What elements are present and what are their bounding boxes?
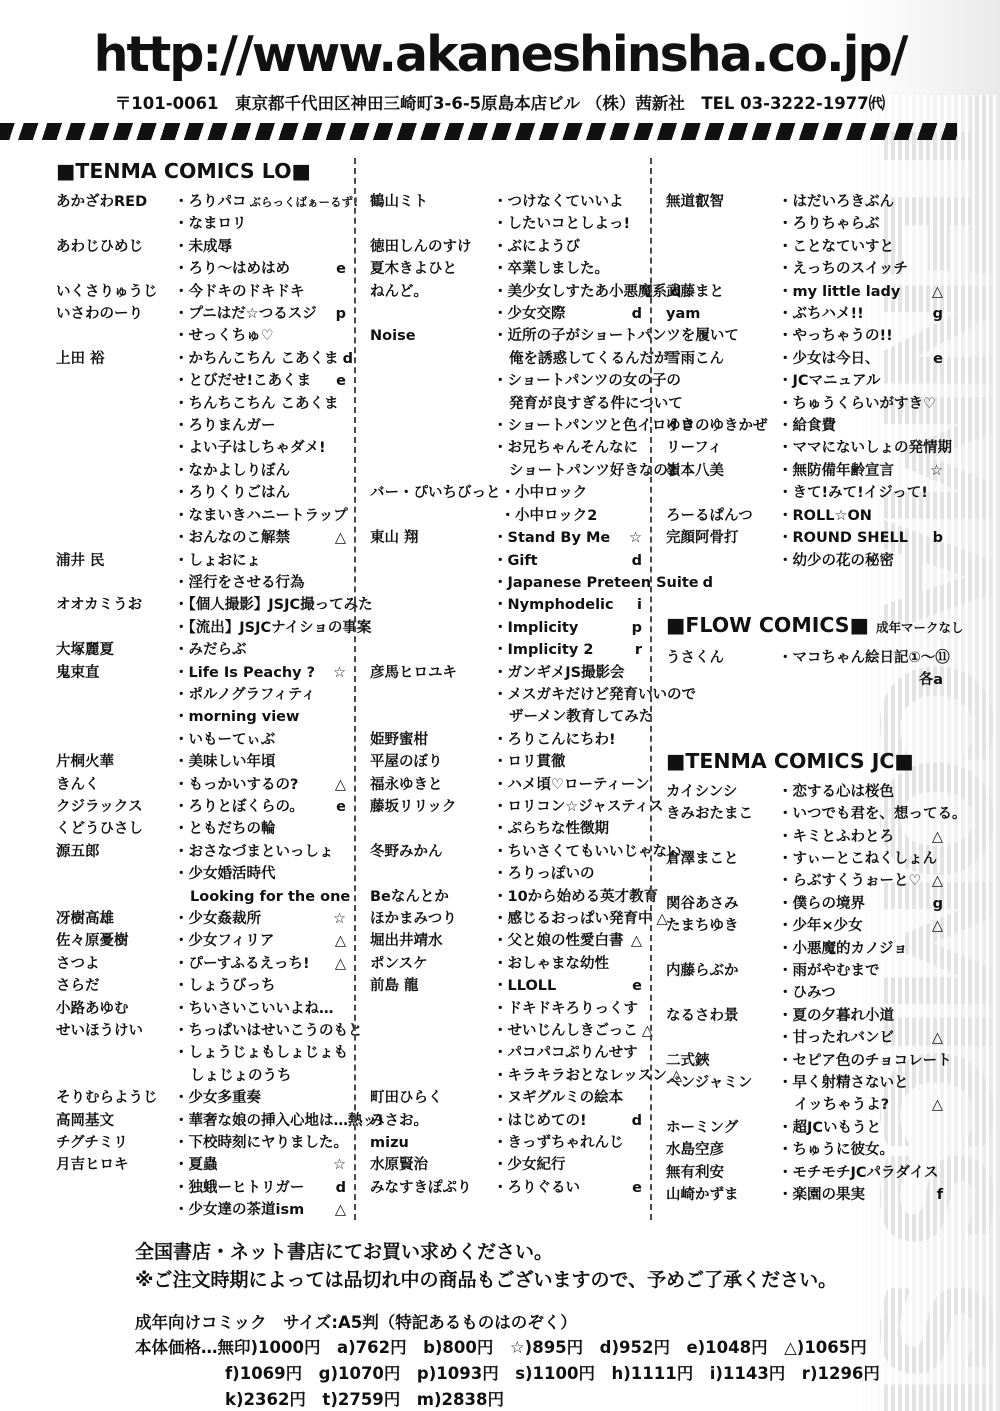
entry-works: ・超JCいもうと bbox=[778, 1117, 951, 1139]
work-line: ・メスガキだけど発育いいので bbox=[493, 684, 642, 706]
work-title: ・少女達の茶道ism bbox=[174, 1199, 304, 1221]
work-line: ・LLOLLe bbox=[493, 975, 642, 997]
work-title: ・すぃーとこねくしょん bbox=[778, 848, 937, 870]
catalog-entry: クジラックス・ろりとぼくらの。e bbox=[56, 796, 354, 818]
entry-author: ねんど。 bbox=[370, 281, 493, 303]
entry-works: ・少女は今日、e・JCマニュアル・ちゅうくらいがすき♡ bbox=[778, 348, 951, 415]
entry-author: ほかまみつり bbox=[370, 908, 493, 930]
entry-works: ・いつでも君を、想ってる。・キミとふわとろ△ bbox=[778, 803, 951, 848]
catalog-entry: 夏木きよひと・卒業しました。 bbox=[370, 258, 650, 280]
work-title: ・淫行をさせる行為 bbox=[174, 572, 305, 594]
catalog-column: 無道叡智・はだいろきぶん・ろりちゃらぶ・ことなていすと・えっちのスイッチ武藤まと… bbox=[654, 158, 951, 1220]
catalog-entry: せいほうけい・ちっぱいはせいこうのもと・しょうじょもしょじょもしょじょのうち bbox=[56, 1020, 354, 1087]
price-mark: e bbox=[628, 1177, 642, 1199]
entry-works: ・ROLL☆ON bbox=[778, 505, 951, 527]
entry-author: あわじひめじ bbox=[56, 236, 174, 258]
work-title: ・小中ロック2 bbox=[501, 505, 598, 527]
work-line: ・ことなていすと bbox=[778, 236, 943, 258]
entry-author: 鶴山ミト bbox=[370, 191, 493, 213]
work-line: ・楽園の果実f bbox=[778, 1184, 943, 1206]
work-line: ・みだらぶ bbox=[174, 639, 346, 661]
work-title: ・小悪魔的カノジョ bbox=[778, 938, 908, 960]
catalog-entry: 大塚麗夏・みだらぶ bbox=[56, 639, 354, 661]
entry-author: バー・ぴいちびっと bbox=[370, 482, 501, 504]
price-mark: ☆ bbox=[625, 527, 642, 549]
catalog-entry: さらだ・しょうびっち bbox=[56, 975, 354, 997]
entry-works: ・ろりパコぶらっくばぁーるず!・なまロリ bbox=[174, 191, 354, 236]
work-title: ・しょうびっち bbox=[174, 975, 276, 997]
catalog-entry: 武藤まと・my little lady△ bbox=[666, 281, 951, 303]
work-line: ・なかよしりぼん bbox=[174, 460, 346, 482]
entry-author: 片桐火華 bbox=[56, 751, 174, 773]
work-line: ・Stand By Me☆ bbox=[493, 527, 642, 549]
work-line-cont: ザーメン教育してみた bbox=[493, 706, 642, 728]
price-mark: b bbox=[929, 527, 943, 549]
work-line: ・Implicity 2r bbox=[493, 639, 642, 661]
work-line: ・無防備年齢宣言☆ bbox=[778, 460, 943, 482]
entry-works: ・未成辱・ろり〜はめはめe bbox=[174, 236, 354, 281]
work-title: ・Life Is Peachy ? bbox=[174, 662, 315, 684]
work-line: ・小中ロック bbox=[501, 482, 643, 504]
entry-works: ・楽園の果実f bbox=[778, 1184, 951, 1206]
work-title: ・きっずちゃれんじ bbox=[493, 1132, 624, 1154]
catalog-entry: 平屋のぼり・ロリ貫徹 bbox=[370, 751, 650, 773]
entry-works: ・ともだちの輪 bbox=[174, 818, 354, 840]
work-line: ・おしゃまな幼性 bbox=[493, 953, 642, 975]
work-line: ・ちゅうに彼女。 bbox=[778, 1139, 943, 1161]
catalog-entry: カイシンシ・恋する心は桜色 bbox=[666, 781, 951, 803]
entry-works: ・無防備年齢宣言☆・きて!みて!イジって! bbox=[778, 460, 951, 505]
work-title: ・ドキドキろりっくす bbox=[493, 998, 638, 1020]
column-divider bbox=[650, 158, 652, 1220]
catalog-entry: バー・ぴいちびっと・小中ロック・小中ロック2 bbox=[370, 482, 650, 527]
price-mark: △ bbox=[928, 1027, 943, 1049]
entry-author: 堀出井靖水 bbox=[370, 930, 493, 952]
size-note: 成年向けコミック サイズ:A5判（特記あるものはのぞく） bbox=[135, 1310, 945, 1335]
catalog-column: ■TENMA COMICS LO■あかざわRED・ろりパコぶらっくばぁーるず!・… bbox=[56, 158, 354, 1220]
catalog-entry: 佐々原憂樹・少女フィリア△ bbox=[56, 930, 354, 952]
entry-author: 夏木きよひと bbox=[370, 258, 493, 280]
entry-works: ・モチモチJCパラダイス bbox=[778, 1162, 951, 1184]
price-mark: △ bbox=[627, 930, 642, 952]
section-heading: ■TENMA COMICS JC■ bbox=[666, 748, 951, 775]
entry-works: ・ろりとぼくらの。e bbox=[174, 796, 354, 818]
price-mark: △ bbox=[928, 826, 943, 848]
entry-author: 鬼束直 bbox=[56, 662, 174, 684]
work-title: ・はじめての! bbox=[493, 1110, 587, 1132]
entry-works: ・雨がやむまで・ひみつ bbox=[778, 960, 951, 1005]
catalog-entry: 二式鋏・セピア色のチョコレート bbox=[666, 1050, 951, 1072]
entry-works: ・はじめての!d bbox=[493, 1110, 650, 1132]
entry-author: Noise bbox=[370, 325, 493, 347]
work-title: ・ひみつ bbox=[778, 982, 836, 1004]
work-line: ・ろりパコぶらっくばぁーるず! bbox=[174, 191, 346, 213]
price-mark: △ bbox=[928, 870, 943, 892]
stock-notice: ※ご注文時期によっては品切れ中の商品もございますので、予めご了承ください。 bbox=[135, 1266, 945, 1294]
work-title: ・少女は今日、 bbox=[778, 348, 880, 370]
price-line: f)1069円 g)1070円 p)1093円 s)1100円 h)1111円 … bbox=[135, 1361, 945, 1387]
work-line: ・キミとふわとろ△ bbox=[778, 826, 943, 848]
entry-works: ・ちゅうに彼女。 bbox=[778, 1139, 951, 1161]
entry-author: リーフィ bbox=[666, 437, 778, 459]
entry-works: ・ハメ頃♡ローティーン bbox=[493, 774, 650, 796]
work-title: ・ろり〜はめはめ bbox=[174, 258, 290, 280]
work-line: ・ろりっぽいの bbox=[493, 863, 642, 885]
entry-works: ・しょうびっち bbox=[174, 975, 354, 997]
price-mark: d bbox=[339, 348, 353, 370]
work-title: ・夏蟲 bbox=[174, 1154, 218, 1176]
work-title: ・超JCいもうと bbox=[778, 1117, 881, 1139]
entry-author: 倉澤まこと bbox=[666, 848, 778, 870]
work-line: ・きっずちゃれんじ bbox=[493, 1132, 642, 1154]
work-line: ・いもーてぃぶ bbox=[174, 729, 346, 751]
entry-author: 藤坂リリック bbox=[370, 796, 493, 818]
entry-works: ・ROUND SHELLb・幼少の花の秘密 bbox=[778, 527, 951, 572]
work-line: ・モチモチJCパラダイス bbox=[778, 1162, 943, 1184]
work-title: ・ガンギメJS撮影会 bbox=[493, 662, 625, 684]
price-mark: △ bbox=[928, 1094, 943, 1116]
entry-author: 無有利安 bbox=[666, 1162, 778, 1184]
work-title: ・ショートパンツの女の子の bbox=[493, 370, 681, 392]
catalog-entry: ゆきのゆきかぜ・給食費 bbox=[666, 415, 951, 437]
entry-works: ・卒業しました。 bbox=[493, 258, 650, 280]
catalog-entry: 内藤らぶか・雨がやむまで・ひみつ bbox=[666, 960, 951, 1005]
catalog-entry: 冬野みかん・ちいさくてもいいじゃない・ろりっぽいの bbox=[370, 841, 650, 886]
work-title: ・きて!みて!イジって! bbox=[778, 482, 928, 504]
work-title: ・ちんちこちん こあくま bbox=[174, 393, 339, 415]
work-title: ・ろりぐるい bbox=[493, 1177, 580, 1199]
work-line-cont: イッちゃうよ?△ bbox=[778, 1094, 943, 1116]
work-title: ・ハメ頃♡ローティーン bbox=[493, 774, 650, 796]
work-line: ・ハメ頃♡ローティーン bbox=[493, 774, 642, 796]
work-line: ・ママにないしょの発情期 bbox=[778, 437, 943, 459]
work-title: ・【個人撮影】JSJC撮ってみた bbox=[174, 594, 373, 616]
spacer bbox=[370, 158, 650, 191]
entry-author: うさくん bbox=[666, 647, 778, 669]
catalog-entry: 鶴山ミト・つけなくていいよ・したいコとしよっ! bbox=[370, 191, 650, 236]
price-mark: △ bbox=[331, 953, 346, 975]
work-line: ・ショートパンツと色イロイロ bbox=[493, 415, 642, 437]
work-title: ・下校時刻にヤりました。 bbox=[174, 1132, 348, 1154]
entry-works: ・ちいさくてもいいじゃない・ろりっぽいの bbox=[493, 841, 650, 886]
work-line-cont: ショートパンツ好きなの? bbox=[493, 460, 642, 482]
work-line: ・Nymphodelici bbox=[493, 594, 642, 616]
work-line: ・いつでも君を、想ってる。 bbox=[778, 803, 943, 825]
entry-works: ・Life Is Peachy ?☆・ポルノグラフィティ・morning vie… bbox=[174, 662, 354, 752]
work-line: ・Giftd bbox=[493, 550, 642, 572]
catalog-column: 鶴山ミト・つけなくていいよ・したいコとしよっ!徳田しんのすけ・ぶにようび夏木きよ… bbox=[358, 158, 650, 1220]
work-title: ・せいじんしきごっこ bbox=[493, 1020, 638, 1042]
catalog-entry: ホーミング・超JCいもうと bbox=[666, 1117, 951, 1139]
work-line: ・ちんちこちん こあくま bbox=[174, 393, 346, 415]
work-title: ・morning view bbox=[174, 706, 299, 728]
catalog-entry: mizu・きっずちゃれんじ bbox=[370, 1132, 650, 1154]
work-title: ・ぷらちな性徴期 bbox=[493, 818, 609, 840]
work-line: ・ショートパンツの女の子の bbox=[493, 370, 642, 392]
catalog-entry: なるさわ景・夏の夕暮れ小道・甘ったれバンビ△ bbox=[666, 1005, 951, 1050]
work-line: ・少女姦裁所☆ bbox=[174, 908, 346, 930]
entry-works: ・少女フィリア△ bbox=[174, 930, 354, 952]
work-title: ・セピア色のチョコレート bbox=[778, 1050, 952, 1072]
work-title: ・パコパコぷりんせす bbox=[493, 1042, 638, 1064]
work-title: ・ちゅうくらいがすき♡ bbox=[778, 393, 936, 415]
work-title: ・ROUND SHELL bbox=[778, 527, 908, 549]
entry-author: クジラックス bbox=[56, 796, 174, 818]
work-title: ・早く射精さないと bbox=[778, 1072, 909, 1094]
work-line: ・下校時刻にヤりました。 bbox=[174, 1132, 346, 1154]
price-mark: g bbox=[929, 303, 943, 325]
catalog-entry: 月吉ヒロキ・夏蟲☆・独蛾ーヒトリガーd・少女達の茶道ism△ bbox=[56, 1154, 354, 1221]
work-title: ・少女婚活時代 bbox=[174, 863, 276, 885]
work-line: ・僕らの境界g bbox=[778, 893, 943, 915]
catalog-entry: 浦井 民・しょおにょ・淫行をさせる行為 bbox=[56, 550, 354, 595]
work-line: ・お兄ちゃんそんなに bbox=[493, 437, 642, 459]
price-mark: ☆ bbox=[329, 1154, 346, 1176]
section-heading-note: 成年マークなし bbox=[876, 620, 964, 635]
entry-works: ・ぴーすふるえっち!△ bbox=[174, 953, 354, 975]
entry-works: ・はだいろきぶん・ろりちゃらぶ・ことなていすと・えっちのスイッチ bbox=[778, 191, 951, 281]
entry-author: ゆきのゆきかぜ bbox=[666, 415, 778, 437]
price-line: 本体価格…無印)1000円 a)762円 b)800円 ☆)895円 d)952… bbox=[135, 1335, 945, 1361]
work-line: ・はじめての!d bbox=[493, 1110, 642, 1132]
work-title: ・少女姦裁所 bbox=[174, 908, 261, 930]
price-legend: 成年向けコミック サイズ:A5判（特記あるものはのぞく） 本体価格…無印)100… bbox=[135, 1310, 945, 1411]
entry-works: ・ぶにようび bbox=[493, 236, 650, 258]
entry-author: 浦井 民 bbox=[56, 550, 174, 572]
work-line: ・もっかいするの?△ bbox=[174, 774, 346, 796]
catalog-entry: チグチミリ・下校時刻にヤりました。 bbox=[56, 1132, 354, 1154]
entry-author: 高岡基文 bbox=[56, 1110, 174, 1132]
entry-works: ・少女紀行 bbox=[493, 1154, 650, 1176]
entry-author: yam bbox=[666, 303, 778, 325]
work-title: ・みだらぶ bbox=[174, 639, 247, 661]
work-line: ・せいじんしきごっこ△ bbox=[493, 1020, 642, 1042]
work-line: ・しょうびっち bbox=[174, 975, 346, 997]
work-title: ・なまいきハニートラップ bbox=[174, 505, 348, 527]
work-title: ・少女紀行 bbox=[493, 1154, 566, 1176]
spacer bbox=[666, 158, 951, 191]
section-heading: ■TENMA COMICS LO■ bbox=[56, 158, 354, 185]
price-mark: f bbox=[933, 1184, 943, 1206]
entry-works: ・おしゃまな幼性 bbox=[493, 953, 650, 975]
work-line: ・しょうじょもしょじょも bbox=[174, 1042, 346, 1064]
entry-author: いくさりゅうじ bbox=[56, 281, 174, 303]
catalog-entry: Beなんとか・10から始める英才教育 bbox=[370, 886, 650, 908]
work-line: ・ROLL☆ON bbox=[778, 505, 943, 527]
work-line: ・少女フィリア△ bbox=[174, 930, 346, 952]
catalog-entry: 上田 裕・かちんこちん こあくまd・とびだせ!こあくまe・ちんちこちん こあくま… bbox=[56, 348, 354, 550]
entry-author: 平屋のぼり bbox=[370, 751, 493, 773]
entry-author: 水島空彦 bbox=[666, 1139, 778, 1161]
catalog-entry: 高岡基文・華奢な娘の挿入心地は…熱ッ! bbox=[56, 1110, 354, 1132]
catalog-entry: 水島空彦・ちゅうに彼女。 bbox=[666, 1139, 951, 1161]
entry-author: みなすきぽぷり bbox=[370, 1177, 493, 1199]
work-line: ・my little lady△ bbox=[778, 281, 943, 303]
work-line: ・華奢な娘の挿入心地は…熱ッ! bbox=[174, 1110, 346, 1132]
entry-works: ・ママにないしょの発情期 bbox=[778, 437, 951, 459]
catalog-entry: ねんど。・美少女しすたあ小悪魔系d・少女交際d bbox=[370, 281, 650, 326]
entry-works: ・おさなづまといっしょ・少女婚活時代Looking for the one bbox=[174, 841, 354, 908]
entry-author: 冴樹高雄 bbox=[56, 908, 174, 930]
entry-author: 無道叡智 bbox=[666, 191, 778, 213]
entry-works: ・しょおにょ・淫行をさせる行為 bbox=[174, 550, 354, 595]
entry-works: ・すぃーとこねくしょん・らぶすくうぉーと♡△ bbox=[778, 848, 951, 893]
work-title: ・Implicity 2 bbox=[493, 639, 593, 661]
work-line: ・恋する心は桜色 bbox=[778, 781, 943, 803]
entry-works: ・小中ロック・小中ロック2 bbox=[501, 482, 651, 527]
price-mark: e bbox=[929, 348, 943, 370]
entry-works: ・早く射精さないとイッちゃうよ?△ bbox=[778, 1072, 951, 1117]
work-line: ・かちんこちん こあくまd bbox=[174, 348, 346, 370]
work-line: ・えっちのスイッチ bbox=[778, 258, 943, 280]
work-line: ・しょおにょ bbox=[174, 550, 346, 572]
catalog-entry: あわじひめじ・未成辱・ろり〜はめはめe bbox=[56, 236, 354, 281]
entry-author: きんく bbox=[56, 774, 174, 796]
work-line: ・Japanese Preteen Suited bbox=[493, 572, 642, 594]
entry-works: ・Stand By Me☆・Giftd・Japanese Preteen Sui… bbox=[493, 527, 650, 661]
work-title: ・父と娘の性愛白書 bbox=[493, 930, 624, 952]
work-line: ・ろりこんにちわ! bbox=[493, 729, 642, 751]
work-line-cont: しょじょのうち bbox=[174, 1065, 346, 1087]
work-line: ・なまロリ bbox=[174, 213, 346, 235]
work-line: ・【流出】JSJCナイショの事案 bbox=[174, 617, 346, 639]
price-mark: p bbox=[332, 303, 346, 325]
work-line: ・淫行をさせる行為 bbox=[174, 572, 346, 594]
entry-works: ・ヌギグルミの絵本 bbox=[493, 1087, 650, 1109]
work-line: ・雨がやむまで bbox=[778, 960, 943, 982]
work-line: ・近所の子がショートパンツを履いて bbox=[493, 325, 642, 347]
catalog-entry: 鬼束直・Life Is Peachy ?☆・ポルノグラフィティ・morning … bbox=[56, 662, 354, 752]
entry-author: さらだ bbox=[56, 975, 174, 997]
entry-author: 源五郎 bbox=[56, 841, 174, 863]
work-line: ・ともだちの輪 bbox=[174, 818, 346, 840]
catalog-entry: そりむらようじ・少女多重奏 bbox=[56, 1087, 354, 1109]
work-title: ・甘ったれバンビ bbox=[778, 1027, 894, 1049]
work-title: ・【流出】JSJCナイショの事案 bbox=[174, 617, 371, 639]
work-title-cont: Looking for the one bbox=[174, 886, 350, 908]
work-title: ・ぶにようび bbox=[493, 236, 580, 258]
work-line: ・夏蟲☆ bbox=[174, 1154, 346, 1176]
entry-author: 月吉ヒロキ bbox=[56, 1154, 174, 1176]
catalog-entry: 完顔阿骨打・ROUND SHELLb・幼少の花の秘密 bbox=[666, 527, 951, 572]
entry-works: ・my little lady△ bbox=[778, 281, 951, 303]
work-title: ・ろりちゃらぶ bbox=[778, 213, 880, 235]
catalog-entry: 嶺本八美・無防備年齢宣言☆・きて!みて!イジって! bbox=[666, 460, 951, 505]
entry-works: ・ろりこんにちわ! bbox=[493, 729, 650, 751]
work-line: ・父と娘の性愛白書△ bbox=[493, 930, 642, 952]
work-line: ・ちゅうくらいがすき♡ bbox=[778, 393, 943, 415]
catalog-entry: 小路あゆむ・ちいさいこいいよね… bbox=[56, 998, 354, 1020]
price-mark: △ bbox=[331, 930, 346, 952]
entry-works: ・下校時刻にヤりました。 bbox=[174, 1132, 354, 1154]
work-line: ・Life Is Peachy ?☆ bbox=[174, 662, 346, 684]
entry-author: あかざわRED bbox=[56, 191, 174, 213]
catalog-entry: さつよ・ぴーすふるえっち!△ bbox=[56, 953, 354, 975]
work-title: ・いつでも君を、想ってる。 bbox=[778, 803, 967, 825]
entry-works: ・夏蟲☆・独蛾ーヒトリガーd・少女達の茶道ism△ bbox=[174, 1154, 354, 1221]
work-line-cont: 俺を誘惑してくるんだが bbox=[493, 348, 642, 370]
page-header: http://www.akaneshinsha.co.jp/ 〒101-0061… bbox=[0, 0, 1000, 140]
work-line: ・ぶちハメ!!g bbox=[778, 303, 943, 325]
entry-author: 佐々原憂樹 bbox=[56, 930, 174, 952]
work-line: ・ロリコン☆ジャスティス bbox=[493, 796, 642, 818]
work-line: ・せっくちゅ♡ bbox=[174, 325, 346, 347]
work-title: ・プニはだ☆つるスジ bbox=[174, 303, 317, 325]
work-title: ・とびだせ!こあくま bbox=[174, 370, 311, 392]
publisher-address: 〒101-0061 東京都千代田区神田三崎町3-6-5原島本店ビル （株）茜新社… bbox=[0, 90, 1000, 114]
work-line: ・ろり〜はめはめe bbox=[174, 258, 346, 280]
entry-works: ・セピア色のチョコレート bbox=[778, 1050, 951, 1072]
work-line: ・甘ったれバンビ△ bbox=[778, 1027, 943, 1049]
entry-works: ・夏の夕暮れ小道・甘ったれバンビ△ bbox=[778, 1005, 951, 1050]
catalog-entry: うさくん・マコちゃん絵日記①〜⑪各a bbox=[666, 647, 951, 692]
work-title-cont: ザーメン教育してみた bbox=[493, 706, 653, 728]
entry-author: 小路あゆむ bbox=[56, 998, 174, 1020]
catalog-entry: 源五郎・おさなづまといっしょ・少女婚活時代Looking for the one bbox=[56, 841, 354, 908]
catalog-entry: くどうひさし・ともだちの輪 bbox=[56, 818, 354, 840]
entry-author: ホーミング bbox=[666, 1117, 778, 1139]
work-line: ・少年×少女△ bbox=[778, 915, 943, 937]
work-line: ・きて!みて!イジって! bbox=[778, 482, 943, 504]
entry-works: ・みだらぶ bbox=[174, 639, 354, 661]
catalog-entry: ポンスケ・おしゃまな幼性 bbox=[370, 953, 650, 975]
work-line: ・ろりちゃらぶ bbox=[778, 213, 943, 235]
work-line: ・美味しい年頃 bbox=[174, 751, 346, 773]
work-line: ・幼少の花の秘密 bbox=[778, 550, 943, 572]
entry-author: 徳田しんのすけ bbox=[370, 236, 493, 258]
entry-works: ・【個人撮影】JSJC撮ってみた・【流出】JSJCナイショの事案 bbox=[174, 594, 354, 639]
entry-works: ・きっずちゃれんじ bbox=[493, 1132, 650, 1154]
catalog-entry: 水原賢治・少女紀行 bbox=[370, 1154, 650, 1176]
work-title: ・Gift bbox=[493, 550, 538, 572]
work-title: ・ぴーすふるえっち! bbox=[174, 953, 310, 975]
work-title: ・おさなづまといっしょ bbox=[174, 841, 334, 863]
entry-works: ・給食費 bbox=[778, 415, 951, 437]
catalog-entry: 片桐火華・美味しい年頃 bbox=[56, 751, 354, 773]
entry-author: 彦馬ヒロユキ bbox=[370, 662, 493, 684]
catalog-entry: 町田ひらく・ヌギグルミの絵本 bbox=[370, 1087, 650, 1109]
section-heading: ■FLOW COMICS■成年マークなし bbox=[666, 612, 951, 641]
work-line: ・ぷらちな性徴期 bbox=[493, 818, 642, 840]
entry-works: ・近所の子がショートパンツを履いて俺を誘惑してくるんだが・ショートパンツの女の子… bbox=[493, 325, 650, 482]
work-line-cont: 発育が良すぎる件について bbox=[493, 393, 642, 415]
page-footer: 全国書店・ネット書店にてお買い求めください。 ※ご注文時期によっては品切れ中の商… bbox=[135, 1238, 945, 1411]
work-title: ・やっちゃうの!! bbox=[778, 325, 893, 347]
purchase-notice: 全国書店・ネット書店にてお買い求めください。 bbox=[135, 1238, 945, 1266]
catalog-entry: みさお。・はじめての!d bbox=[370, 1110, 650, 1132]
catalog-entry: 福永ゆきと・ハメ頃♡ローティーン bbox=[370, 774, 650, 796]
work-line: ・少女は今日、e bbox=[778, 348, 943, 370]
entry-works: ・ロリコン☆ジャスティス・ぷらちな性徴期 bbox=[493, 796, 650, 841]
entry-author: 福永ゆきと bbox=[370, 774, 493, 796]
work-line: ・ロリ貫徹 bbox=[493, 751, 642, 773]
work-title: ・華奢な娘の挿入心地は…熱ッ! bbox=[174, 1110, 384, 1132]
entry-works: ・マコちゃん絵日記①〜⑪各a bbox=[778, 647, 951, 692]
entry-author: ポンスケ bbox=[370, 953, 493, 975]
work-line: ・ポルノグラフィティ bbox=[174, 684, 346, 706]
work-line: ・小中ロック2 bbox=[501, 505, 643, 527]
entry-author: いさわのーり bbox=[56, 303, 174, 325]
catalog-section: 無道叡智・はだいろきぶん・ろりちゃらぶ・ことなていすと・えっちのスイッチ武藤まと… bbox=[666, 158, 951, 572]
work-title: ・おしゃまな幼性 bbox=[493, 953, 609, 975]
work-title: ・ろりっぽいの bbox=[493, 863, 595, 885]
price-mark: i bbox=[633, 594, 642, 616]
price-lines: 本体価格…無印)1000円 a)762円 b)800円 ☆)895円 d)952… bbox=[135, 1335, 945, 1411]
entry-works: ・かちんこちん こあくまd・とびだせ!こあくまe・ちんちこちん こあくま・ろりま… bbox=[174, 348, 354, 550]
entry-works: ・ガンギメJS撮影会・メスガキだけど発育いいのでザーメン教育してみた bbox=[493, 662, 650, 729]
work-title: ・少女交際 bbox=[493, 303, 566, 325]
work-title: ・少年×少女 bbox=[778, 915, 863, 937]
